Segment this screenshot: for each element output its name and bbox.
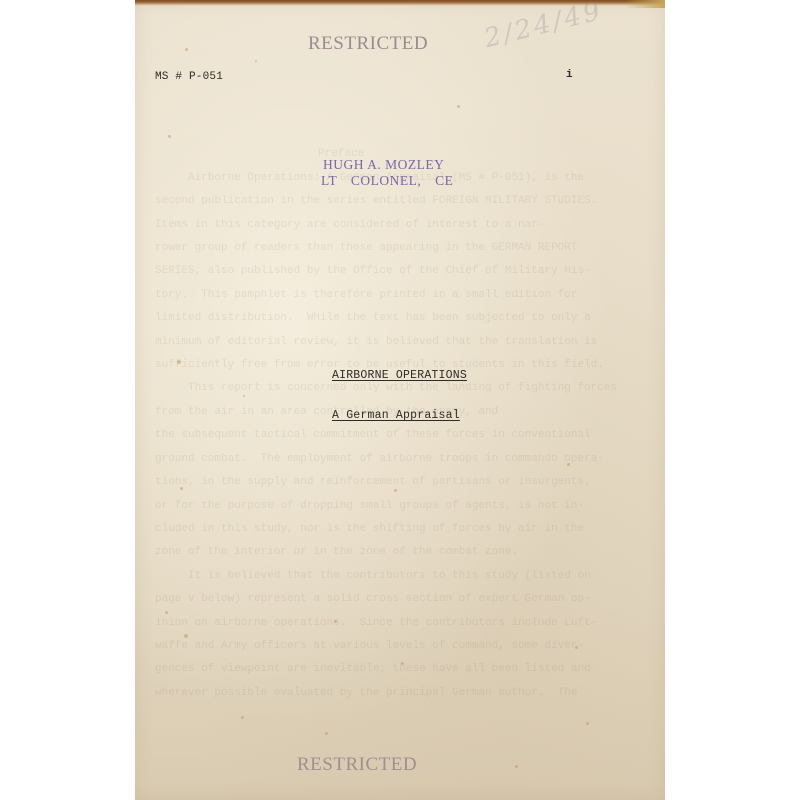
restricted-stamp-top: RESTRICTED [308,33,428,55]
document-subtitle: A German Appraisal [332,409,460,422]
restricted-stamp-bottom: RESTRICTED [297,754,417,776]
foxing-spot [243,395,245,397]
officer-rank-stamp: LT COLONEL, CE [321,173,453,189]
foxing-spot [567,463,570,466]
bleed-line: gences of viewpoint are inevitable; thes… [155,663,591,675]
foxing-spot [334,620,337,623]
foxing-spot [325,732,328,735]
bleed-line: tions, in the supply and reinforcement o… [155,476,591,488]
bleed-line: cluded in this study, nor is the shiftin… [155,523,584,535]
bleed-line: minimum of editorial review, it is belie… [155,336,597,348]
manuscript-number: MS # P-051 [155,71,223,83]
foxing-spot [401,662,404,665]
bleed-line: Items in this category are considered of… [155,219,544,231]
foxing-spot [586,722,589,725]
foxing-spot [184,634,188,638]
bleed-line: waffe and Army officers at various level… [155,640,584,652]
officer-name-stamp: HUGH A. MOZLEY [323,157,444,173]
foxing-spot [394,489,397,492]
bleed-line: SERIES, also published by the Office of … [155,265,591,277]
bleed-line: zone of the interior or in the zone of t… [155,546,518,558]
page-number: i [566,69,573,81]
foxing-spot [457,105,460,108]
handwritten-pencil-note: 2/24/49 [481,0,606,54]
foxing-spot [177,360,181,364]
foxing-spot [255,60,257,62]
scan-stage: Preface Airborne Operations: A German Ap… [0,0,800,800]
foxing-spot [515,765,518,768]
bleed-line: limited distribution. While the text has… [155,312,591,324]
foxing-spot [185,48,188,51]
bleed-line: second publication in the series entitle… [155,195,597,207]
bleed-line: It is believed that the contributors to … [155,570,591,582]
foxing-spot [165,611,168,614]
foxing-spot [575,646,578,649]
bleed-line: the subsequent tactical commitment of th… [155,429,591,441]
bleed-line: ground combat. The employment of airborn… [155,453,604,465]
bleed-line: wherever possible evaluated by the princ… [155,687,577,699]
foxing-spot [180,487,183,490]
document-page: Preface Airborne Operations: A German Ap… [135,0,665,800]
document-title: AIRBORNE OPERATIONS [332,369,467,382]
water-stain-top-right [625,0,665,8]
bleed-line: page v below) represent a solid cross se… [155,593,591,605]
bleed-line: rower group of readers than those appear… [155,242,577,254]
bleed-through-text: Preface Airborne Operations: A German Ap… [155,110,625,705]
bleed-line: tory. This pamphlet is therefore printed… [155,289,577,301]
foxing-spot [241,716,244,719]
bleed-line: This report is concerned only with the l… [155,382,617,394]
foxing-spot [168,135,171,138]
bleed-line: inion on airborne operations. Since the … [155,617,597,629]
bleed-line: or for the purpose of dropping small gro… [155,500,584,512]
